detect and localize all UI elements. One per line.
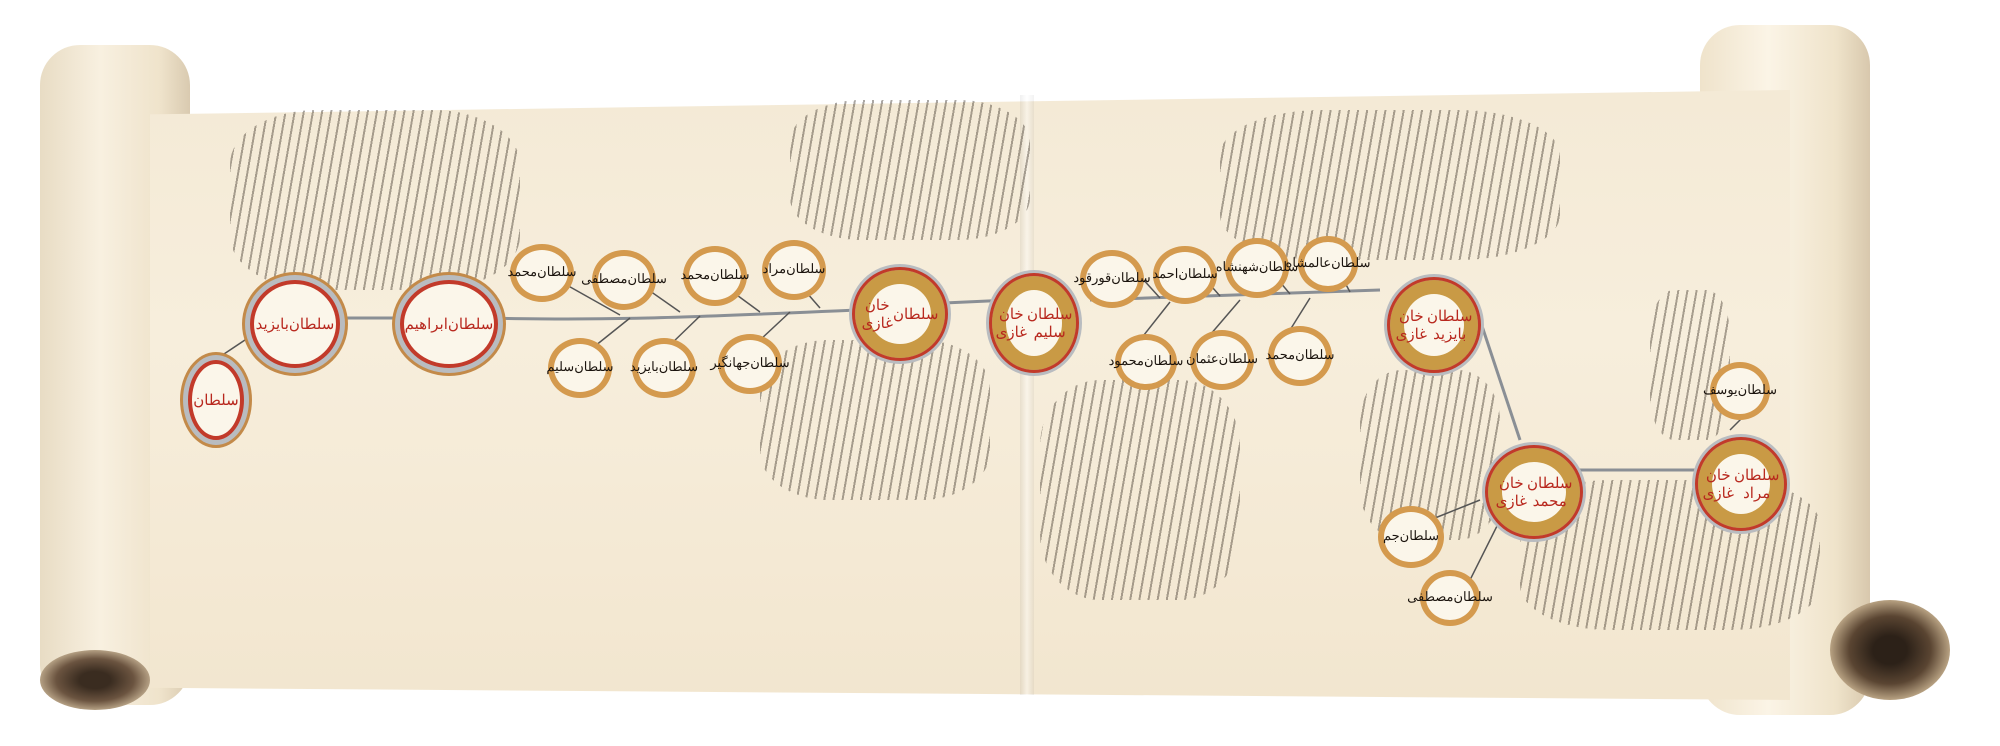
medallion: سلطانابراهيم xyxy=(400,280,498,368)
medallion-label: سلطان محمد xyxy=(1527,474,1572,510)
medallion-label: خان غازى xyxy=(862,296,893,332)
medallion-label: سلطان xyxy=(289,315,334,333)
medallion: سلطانسليم xyxy=(548,338,612,398)
medallion-label: سلطان xyxy=(1400,529,1439,545)
medallion: سلطانمصطفى xyxy=(1420,570,1480,626)
medallion: سلطانيوسف xyxy=(1710,362,1770,420)
medallion: سلطان مرادخان غازى xyxy=(1698,440,1784,528)
medallion-label: خان غازى xyxy=(996,305,1027,341)
medallion-label: سلطان xyxy=(893,305,938,323)
medallion-label: شهنشاه xyxy=(1216,260,1259,276)
medallion-label: سلطان xyxy=(1111,271,1150,287)
medallion-label: مصطفى xyxy=(1407,590,1453,606)
medallion-label: سلطان xyxy=(193,391,238,409)
medallion-label: سلطان xyxy=(1144,354,1183,370)
medallion-label: سلطان مراد xyxy=(1734,466,1779,502)
medallion-label: خان غازى xyxy=(1496,474,1527,510)
medallion-label: يوسف xyxy=(1703,383,1738,399)
medallion-label: سلطان xyxy=(448,315,493,333)
medallion-label: محمود xyxy=(1109,354,1144,370)
medallion-label: سلطان xyxy=(1295,348,1334,364)
medallion-label: جهانگير xyxy=(710,356,750,372)
medallion-label: سلطان xyxy=(537,265,576,281)
medallion-label: محمد xyxy=(507,265,537,281)
medallion: سلطانعثمان xyxy=(1190,330,1254,390)
medallion-label: سلطان xyxy=(786,262,825,278)
medallion: سلطانمراد xyxy=(762,240,826,300)
medallion-label: سلطان xyxy=(710,268,749,284)
medallion: سلطانمحمد xyxy=(683,246,747,306)
medallion-label: عثمان xyxy=(1186,352,1219,368)
medallion-label: محمد xyxy=(1265,348,1295,364)
medallion: سلطانجم xyxy=(1378,506,1444,568)
medallion-label: خان غازى xyxy=(1703,466,1734,502)
medallion-label: احمد xyxy=(1152,267,1178,283)
medallion-label: قورقود xyxy=(1073,271,1111,287)
medallion-label: بايزيد xyxy=(256,315,289,333)
medallion: سلطانخان غازى xyxy=(855,270,945,358)
medallion-label: سلطان xyxy=(750,356,789,372)
medallion-label: ابراهيم xyxy=(405,315,448,333)
medallion: سلطان xyxy=(188,360,244,440)
medallion: سلطان سليمخان غازى xyxy=(992,276,1076,370)
medallion-label: مصطفى xyxy=(581,272,627,288)
medallion-label: جم xyxy=(1383,529,1400,545)
medallion: سلطانشهنشاه xyxy=(1225,238,1289,298)
medallion: سلطان محمدخان غازى xyxy=(1488,448,1580,536)
medallion-label: بايزيد xyxy=(630,360,659,376)
scroll-photo: سلطان سلطانبايزيد سلطانابراهيم سلطانمحمد… xyxy=(0,0,2000,746)
medallion-label: سلطان xyxy=(574,360,613,376)
medallion-label: عالمشاه xyxy=(1286,256,1332,272)
medallion: سلطانجهانگير xyxy=(718,334,782,394)
medallion: سلطاناحمد xyxy=(1153,246,1217,304)
medallion: سلطانمصطفى xyxy=(592,250,656,310)
medallion-label: سلطان xyxy=(1219,352,1258,368)
medallion-label: خان غازى xyxy=(1396,307,1427,343)
medallion-label: سلطان xyxy=(1738,383,1777,399)
medallion: سلطانعالمشاه xyxy=(1298,236,1358,292)
medallion: سلطانمحمود xyxy=(1115,334,1177,390)
medallion: سلطانمحمد xyxy=(510,244,574,302)
medallion: سلطانبايزيد xyxy=(632,338,696,398)
medallion-label: سلطان xyxy=(627,272,666,288)
medallion-label: سليم xyxy=(546,360,574,376)
medallion-label: سلطان xyxy=(1331,256,1370,272)
medallion: سلطان بايزيدخان غازى xyxy=(1390,280,1478,370)
lineage-lines xyxy=(0,0,2000,746)
medallion-label: سلطان سليم xyxy=(1027,305,1072,341)
medallion-label: مراد xyxy=(763,262,787,278)
medallion: سلطانقورقود xyxy=(1080,250,1144,308)
medallion-label: سلطان xyxy=(659,360,698,376)
medallion-label: سلطان بايزيد xyxy=(1427,307,1472,343)
medallion: سلطانبايزيد xyxy=(250,280,340,368)
medallion: سلطانمحمد xyxy=(1268,326,1332,386)
medallion-label: محمد xyxy=(680,268,710,284)
medallion-label: سلطان xyxy=(1178,267,1217,283)
medallion-label: سلطان xyxy=(1453,590,1492,606)
